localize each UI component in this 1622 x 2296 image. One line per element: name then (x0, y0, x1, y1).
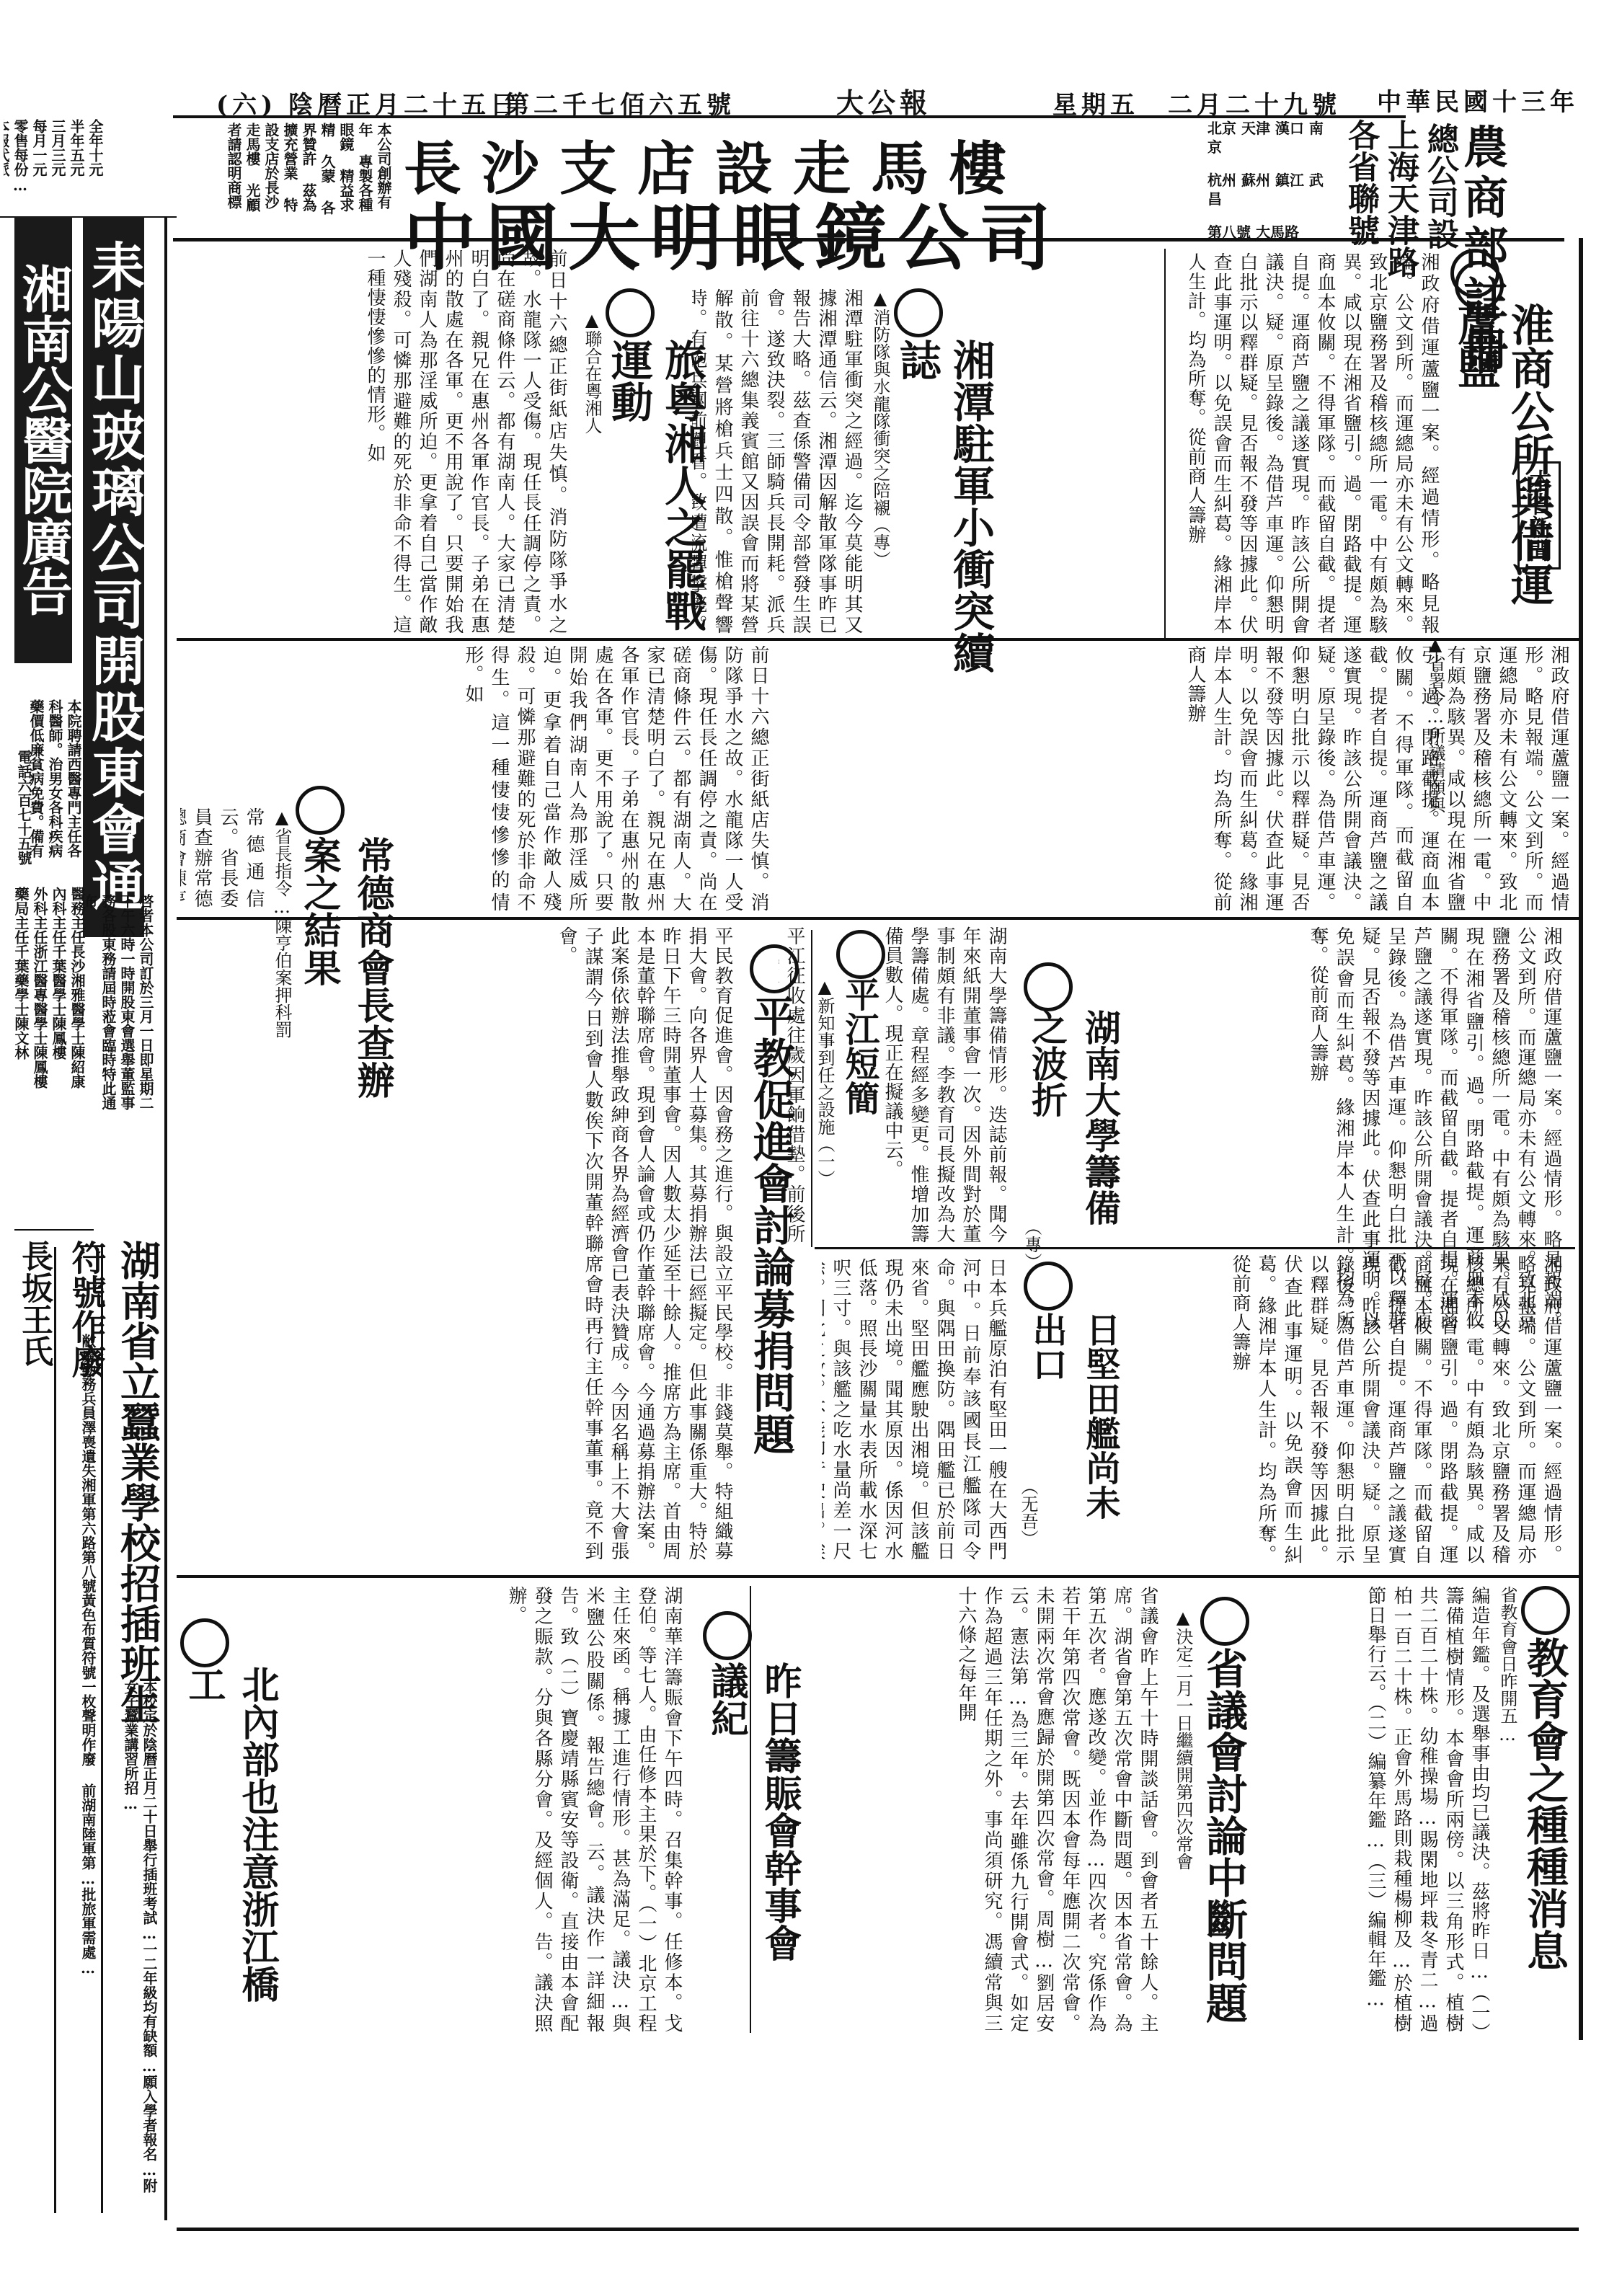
headline-relief-meeting: 昨日籌賑會幹事會議紀 (699, 1662, 806, 1986)
page-right-border (1579, 238, 1583, 2040)
byline-xiangtan-conflict: ▲消防隊與水龍隊衝突之陪襯（專） (869, 288, 892, 649)
registration-line-1: 總公司設 (1417, 123, 1463, 249)
article-marker-icon (1200, 1597, 1249, 1646)
headline-pingjiang-brief: 平江短簡 (833, 977, 886, 1121)
article-marker-icon (894, 288, 943, 337)
body-xiangtan-conflict: 湘潭駐軍衝突之經過。迄今莫能明其又據湘潭通信云。湘潭因解散軍隊事昨已報告大略。茲… (692, 288, 865, 634)
school-ad-title: 湖南省立蠶業學校招插班生 (115, 1240, 160, 1724)
bottom-rule (177, 2228, 1579, 2231)
article-marker-icon (1024, 1262, 1073, 1311)
body-huai-merchants: 湘政府借運蘆鹽一案。經過情形。略見報端。公文到所。而運總局亦未有公文轉來。致北京… (1189, 252, 1442, 634)
row3-mid-rule (815, 1247, 1575, 1249)
left-ad-divider-2 (54, 1247, 56, 2213)
article-marker-icon (836, 930, 885, 979)
body-tax-notice: 湘政府借運蘆鹽一案。經過情形。略見報端。公文到所。而運總局亦未有公文轉來。致北京… (1089, 1254, 1564, 1564)
hospital-ad-body: 本院聘請西醫專門主任各科醫師。治男女各科疾病藥價低廉貧病免費。備有各等病室便於住… (29, 699, 83, 858)
article-marker-icon (703, 1611, 752, 1660)
registration-branch-list: 北京 天津 漢口 南京 杭州 蘇州 鎮江 武昌 第八號 大馬路 (1207, 119, 1330, 241)
headline-civil-education: 平教促進會討論募捐問題 (744, 995, 797, 1557)
right-edge-ad-title: 長坂王氏 (11, 1240, 57, 1367)
byline-guangdong-hunan: ▲聯合在粵湘人 (580, 310, 603, 526)
body-relief-meeting: 湖南華洋籌賑會下午四時。召集幹事。任修本。戈登伯。等七人。由任修本主果於下。（一… (223, 1586, 685, 2033)
row1-rule (177, 638, 1579, 641)
masthead-year: 中華民國十三年 (1377, 82, 1579, 118)
article-marker-icon (750, 944, 799, 993)
article-marker-icon (1024, 962, 1073, 1011)
column-divider (750, 1586, 751, 2033)
hospital-ad-staff: 醫務主任長沙湘雅醫學士陳紹康 內科主任千葉醫學士陳鳳樓 外科主任浙江醫專醫學士陳… (14, 887, 87, 1161)
notice-line: 全年十元 半年五元 三月三元 (48, 119, 105, 205)
left-ad-rule (14, 1229, 94, 1231)
byline-pingjiang-brief: ▲新知事到任之設施（一） (813, 977, 836, 1193)
body-guangdong-continued: 前日十六總正街紙店失慎。消防隊爭水之故。水龍隊一人受傷。現任長任調停之責。尚在磋… (339, 645, 771, 912)
school-ad-body: 本校定於陰曆正月二十日舉行插班考試…一二年級均有缺額…願入學者報名…附女子蠶業講… (115, 1680, 159, 2199)
column-divider (1164, 249, 1166, 638)
body-japanese-warship: 日本兵艦原泊有堅田一艘在大西門河中。日前奉該國長江艦隊司令命。與隅田換防。隅田艦… (822, 1258, 1009, 1561)
body-changde-chamber: 常德通信云。省長委員查辦常德總商會陳亨伯一案。經劉委員揚枏。會同鄉紳查明確。據實… (180, 807, 267, 908)
body-guangdong-hunan: 前日十六總正街紙店失慎。消防隊爭水之故。水龍隊一人受傷。現任長任調停之責。尚在磋… (180, 249, 570, 634)
headline-huai-merchants: 淮商公所與借運蘆鹽 (1449, 303, 1556, 634)
body-civil-education: 平民教育促進會。因會務之進行。與設立平民學校。非錢莫舉。特組織募捐大會。向各界人… (180, 926, 735, 1561)
headline-guangdong-hunan: 旅粵湘人之罷戰運動 (602, 339, 709, 642)
glass-company-ad-body: 啓者本公司訂於三月一日即星期二下午六時一時開股東會選舉董監事務各股東務請屆時蒞會… (87, 894, 155, 1110)
body-provincial-assembly: 省議會昨上午十時開談話會。到會者五十餘人。主席。湖省會第五次常會中斷問題。因本省… (764, 1586, 1161, 2033)
masthead-rule (173, 115, 1406, 118)
column-divider (811, 930, 812, 1247)
notice-line: 每月一元 零售每份… (11, 119, 48, 205)
staff-line: 外科主任浙江醫專醫學士陳鳳樓 (30, 887, 49, 1161)
body-education-association: 編造年鑑。及選舉事由均已議決。茲將昨日…（一）籌備植樹情形。本會會所兩傍。以三角… (1240, 1586, 1492, 2033)
byline-education-association: 省教育會日昨開五… (1496, 1586, 1519, 1802)
staff-line: 內科主任千葉醫學士陳鳳樓 (49, 887, 68, 1161)
byline-provincial-assembly: ▲決定二月一日繼續開第四次常會 (1171, 1608, 1195, 2011)
byline-japanese-warship: （无吾） (1016, 1478, 1040, 1547)
masthead-paper-name: 大公報 (836, 81, 931, 120)
hospital-ad-address: 電話六百七十五號 (14, 750, 33, 865)
article-marker-icon (180, 1618, 229, 1667)
body-hunan-provincial-continued: 湘政府借運蘆鹽一案。經過情形。略見報端。公文到所。而運總局亦未有公文轉來。致北京… (779, 645, 1572, 912)
article-marker-icon (1521, 1586, 1570, 1635)
hospital-ad-title: 湘南公醫院廣告 (14, 216, 72, 663)
glasses-ad-side-text: 本公司創辦有年 專製各種眼鏡 精益求精 久蒙 各界贊許 茲為擴充營業 特設支店於… (151, 123, 393, 220)
article-marker-icon (606, 288, 655, 337)
staff-line: 藥局主任千葉藥學士陳文林 (14, 887, 30, 1161)
article-marker-icon (1455, 261, 1504, 310)
subscription-notice: 全年十元 半年五元 三月三元 每月一元 零售每份… 本報代派處… (4, 119, 105, 205)
staff-line: 醫務主任長沙湘雅醫學士陳紹康 (68, 887, 87, 1161)
row3-rule (177, 1575, 1579, 1578)
headline-provincial-assembly: 省議會討論中斷問題 (1197, 1647, 1250, 2036)
headline-education-association: 教育會之種種消息 (1517, 1636, 1571, 2011)
branch-line: 北京 天津 漢口 南京 (1207, 119, 1330, 156)
headline-interior-ministry: 北內部也注意浙江橋工 (177, 1665, 283, 2026)
top-ads-rule (173, 238, 1564, 241)
left-ad-divider (164, 216, 167, 2220)
notice-line: 本報代派處… (4, 119, 11, 205)
glass-company-ad-title: 耒陽山玻璃公司開股東會通告 (83, 216, 144, 937)
lost-mark-ad-body: 敝處勤務兵員澤喪遺失湘軍第六路第八號黃色布質符號一枚聲明作廢 前湖南陸軍第…批旅… (76, 1334, 97, 2199)
row2-rule (177, 917, 1579, 920)
headline-hunan-university: 湖南大學籌備之波折 (1020, 1009, 1127, 1225)
left-ad-divider-3 (101, 1247, 103, 2213)
article-marker-icon (296, 786, 345, 835)
branch-line: 杭州 蘇州 鎮江 武昌 (1207, 171, 1330, 208)
